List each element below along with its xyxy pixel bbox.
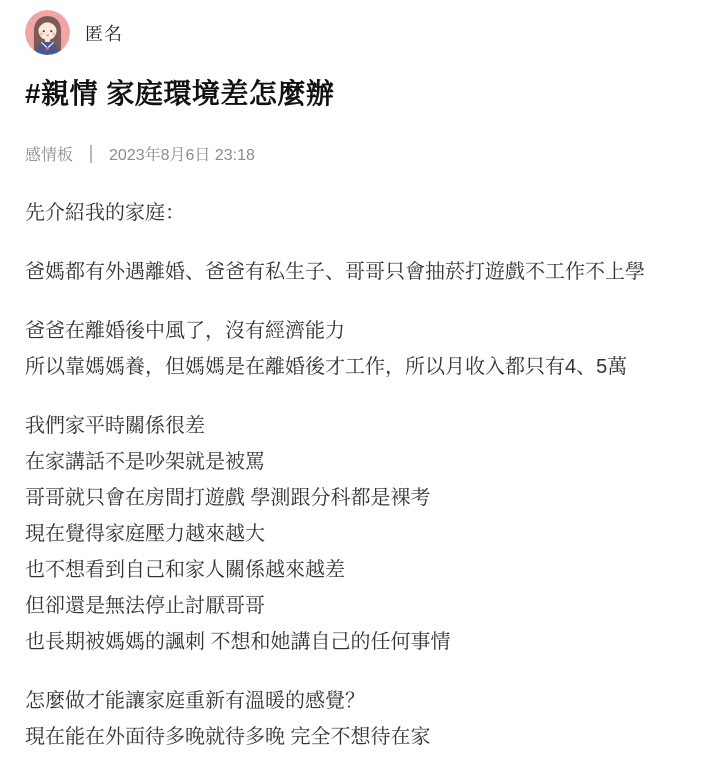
post-meta: 感情板 2023年8月6日 23:18 [25, 142, 695, 165]
post-title: #親情 家庭環境差怎麼辦 [25, 77, 695, 111]
post-timestamp: 2023年8月6日 23:18 [109, 142, 255, 165]
post-header: 匿名 [25, 10, 695, 55]
board-link[interactable]: 感情板 [25, 142, 73, 165]
post-paragraph: 先介紹我的家庭： [25, 195, 695, 231]
author-name: 匿名 [85, 20, 123, 46]
post-paragraph: 爸爸在離婚後中風了，沒有經濟能力所以靠媽媽養，但媽媽是在離婚後才工作，所以月收入… [25, 313, 695, 385]
post-card: 匿名 #親情 家庭環境差怎麼辦 感情板 2023年8月6日 23:18 先介紹我… [0, 0, 720, 755]
post-body: 先介紹我的家庭：爸媽都有外遇離婚、爸爸有私生子、哥哥只會抽菸打遊戲不工作不上學爸… [25, 195, 695, 755]
meta-divider [90, 145, 92, 163]
post-paragraph: 我們家平時關係很差在家講話不是吵架就是被罵哥哥就只會在房間打遊戲 學測跟分科都是… [25, 408, 695, 660]
anonymous-girl-avatar-icon [25, 10, 70, 55]
post-paragraph: 怎麼做才能讓家庭重新有溫暖的感覺？現在能在外面待多晚就待多晚 完全不想待在家 [25, 683, 695, 755]
post-paragraph: 爸媽都有外遇離婚、爸爸有私生子、哥哥只會抽菸打遊戲不工作不上學 [25, 254, 695, 290]
